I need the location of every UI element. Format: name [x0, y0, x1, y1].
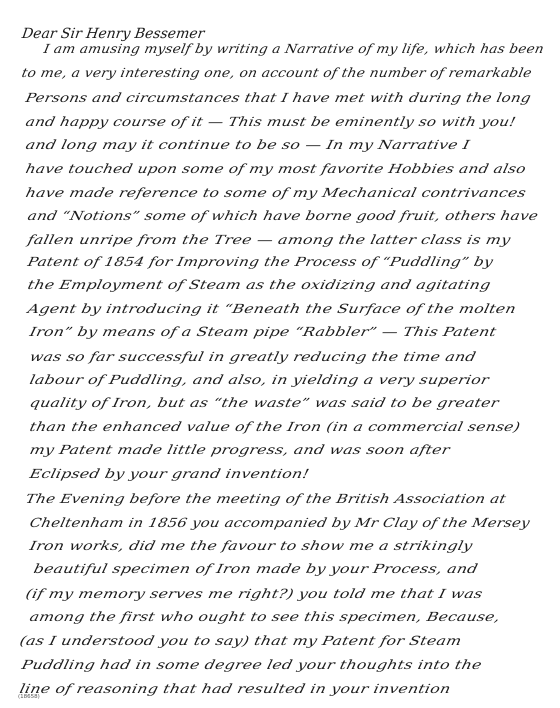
letter-line: quality of Iron, but as “the waste” was …: [28, 395, 500, 410]
letter-line: have touched upon some of my most favori…: [24, 161, 527, 176]
letter-line: among the first who ought to see this sp…: [28, 609, 501, 624]
letter-line: beautiful specimen of Iron made by your …: [32, 561, 479, 576]
letter-line: Iron” by means of a Steam pipe “Rabbler”…: [28, 324, 498, 339]
letter-line: and long may it continue to be so — In m…: [24, 137, 471, 152]
letter-line: have made reference to some of my Mechan…: [24, 185, 527, 200]
letter-line: labour of Puddling, and also, in yieldin…: [28, 372, 490, 387]
letter-line: Eclipsed by your grand invention!: [28, 466, 311, 481]
letter-line: the Employment of Steam as the oxidizing…: [26, 277, 492, 292]
letter-line: Iron works, did me the favour to show me…: [28, 538, 474, 553]
letter-line: my Patent made little progress, and was …: [28, 442, 451, 457]
letter-line: Puddling had in some degree led your tho…: [20, 657, 483, 672]
letter-line: Agent by introducing it “Beneath the Sur…: [26, 301, 517, 316]
letter-line: Patent of 1854 for Improving the Process…: [26, 254, 494, 269]
letter-page: Dear Sir Henry Bessemer I am amusing mys…: [0, 0, 560, 708]
letter-line: to me, a very interesting one, on accoun…: [21, 65, 534, 80]
letter-line: (if my memory serves me right?) you told…: [24, 586, 484, 601]
archive-reference: (18658): [18, 694, 40, 700]
letter-line: (as I understood you to say) that my Pat…: [18, 633, 463, 648]
letter-line: and “Notions” some of which have borne g…: [26, 208, 539, 223]
letter-line: line of reasoning that had resulted in y…: [18, 681, 452, 696]
letter-body: I am amusing myself by writing a Narrati…: [0, 0, 560, 708]
letter-line: Persons and circumstances that I have me…: [24, 90, 532, 105]
letter-line: and happy course of it — This must be em…: [24, 114, 517, 129]
letter-line: Cheltenham in 1856 you accompanied by Mr…: [28, 515, 531, 530]
letter-line: The Evening before the meeting of the Br…: [24, 491, 507, 506]
letter-line: was so far successful in greatly reducin…: [28, 349, 477, 364]
letter-line: than the enhanced value of the Iron (in …: [28, 419, 521, 434]
letter-line: I am amusing myself by writing a Narrati…: [43, 41, 546, 56]
letter-line: fallen unripe from the Tree — among the …: [26, 232, 512, 247]
